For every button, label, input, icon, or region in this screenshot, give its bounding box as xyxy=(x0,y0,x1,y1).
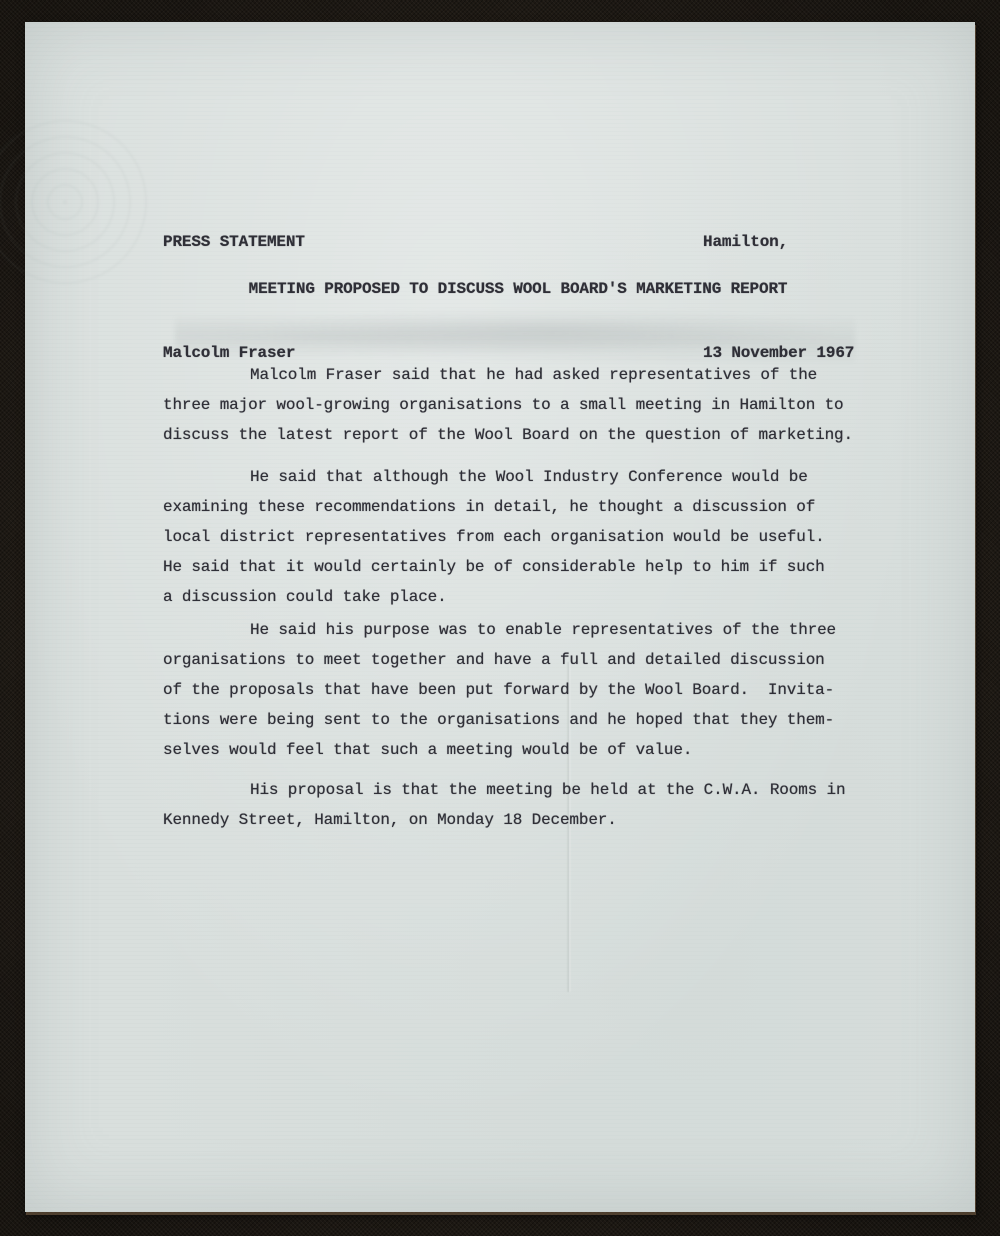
paragraph-line: examining these recommendations in detai… xyxy=(163,492,903,522)
document-title: MEETING PROPOSED TO DISCUSS WOOL BOARD'S… xyxy=(163,280,873,298)
document-body: Malcolm Fraser said that he had asked re… xyxy=(163,360,903,835)
paragraph-line: He said that it would certainly be of co… xyxy=(163,552,903,582)
press-statement-label: PRESS STATEMENT xyxy=(163,224,305,261)
paragraph-line: local district representatives from each… xyxy=(163,522,903,552)
paragraph-line: His proposal is that the meeting be held… xyxy=(163,775,903,805)
document-page: PRESS STATEMENT Malcolm Fraser Hamilton,… xyxy=(25,22,975,1212)
paragraph: He said that although the Wool Industry … xyxy=(163,462,903,612)
paragraph-line: of the proposals that have been put forw… xyxy=(163,675,903,705)
paragraph-line: three major wool-growing organisations t… xyxy=(163,390,903,420)
paragraph-line: Kennedy Street, Hamilton, on Monday 18 D… xyxy=(163,805,903,835)
place-line: Hamilton, xyxy=(703,224,854,261)
paragraph: His proposal is that the meeting be held… xyxy=(163,775,903,835)
paper-watermark-rings xyxy=(0,107,160,297)
paragraph: He said his purpose was to enable repres… xyxy=(163,615,903,765)
paragraph-line: Malcolm Fraser said that he had asked re… xyxy=(163,360,903,390)
paragraph-line: discuss the latest report of the Wool Bo… xyxy=(163,420,903,450)
paragraph-line: He said that although the Wool Industry … xyxy=(163,462,903,492)
paragraph: Malcolm Fraser said that he had asked re… xyxy=(163,360,903,450)
paragraph-line: He said his purpose was to enable repres… xyxy=(163,615,903,645)
paragraph-line: tions were being sent to the organisatio… xyxy=(163,705,903,735)
scan-background: { "page": { "background_color": "#262019… xyxy=(0,0,1000,1236)
paragraph-line: a discussion could take place. xyxy=(163,582,903,612)
paragraph-line: selves would feel that such a meeting wo… xyxy=(163,735,903,765)
paragraph-line: organisations to meet together and have … xyxy=(163,645,903,675)
